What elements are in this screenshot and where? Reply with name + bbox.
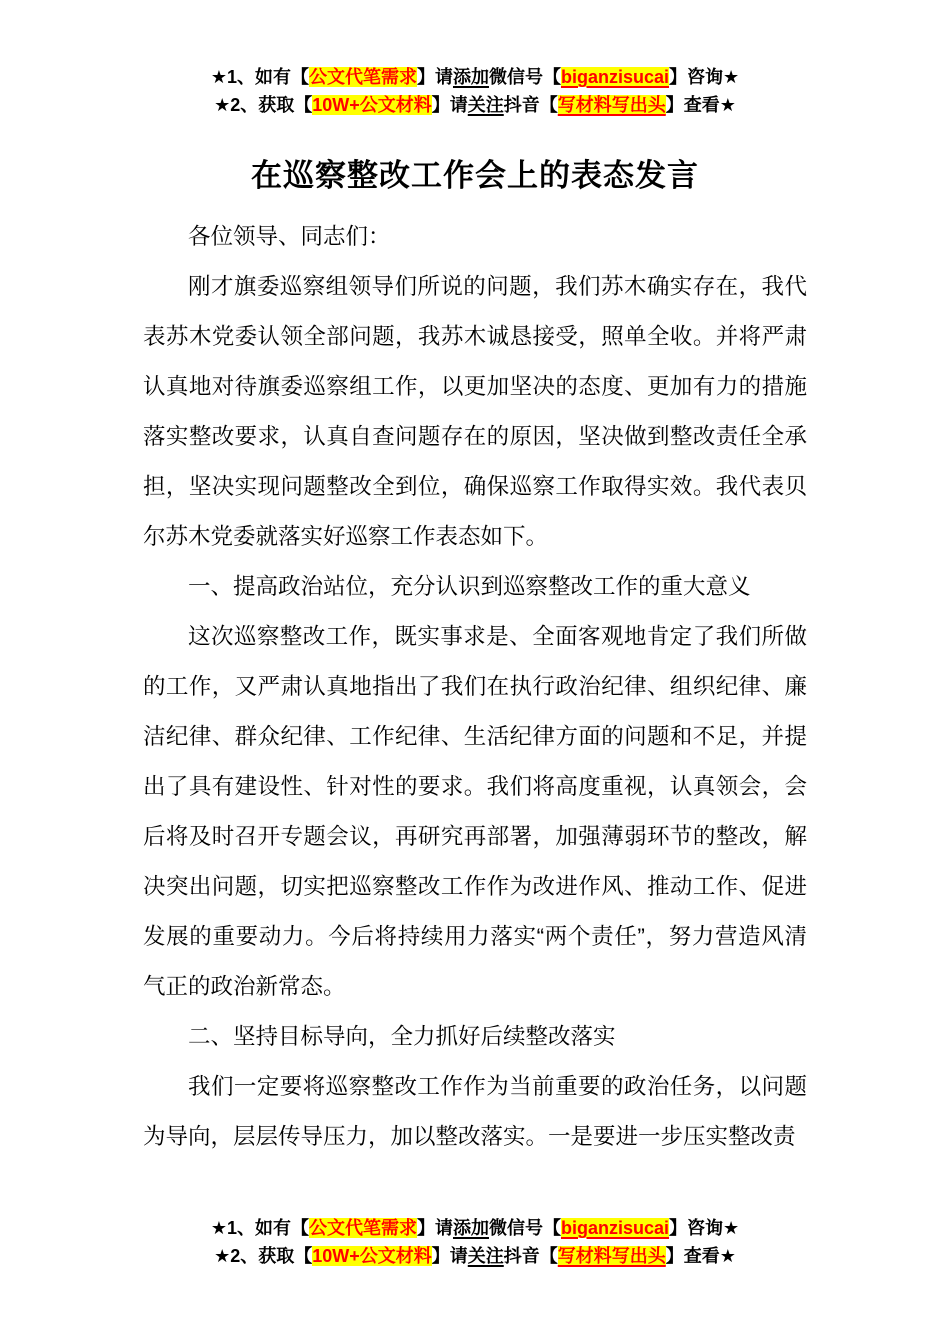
promo-text-underline: 添加 [453,67,489,87]
promo-header: ★1、如有【公文代笔需求】请添加微信号【biganzisucai】咨询★ ★2、… [0,63,950,119]
promo-text-plain: ★1、如有【 [211,1218,309,1238]
paragraph: 各位领导、同志们： [143,212,807,262]
paragraph: 刚才旗委巡察组领导们所说的问题，我们苏木确实存在，我代表苏木党委认领全部问题，我… [143,262,807,562]
section-heading: 一、提高政治站位，充分认识到巡察整改工作的重大意义 [143,562,807,612]
promo-text-plain: 抖音【 [504,1246,558,1266]
paragraph: 这次巡察整改工作，既实事求是、全面客观地肯定了我们所做的工作，又严肃认真地指出了… [143,612,807,1012]
promo-footer: ★1、如有【公文代笔需求】请添加微信号【biganzisucai】咨询★ ★2、… [0,1214,950,1270]
promo-header-line-1: ★1、如有【公文代笔需求】请添加微信号【biganzisucai】咨询★ [0,63,950,91]
promo-text-highlight-underline: biganzisucai [561,67,669,87]
promo-text-plain: 】请 [417,67,453,87]
promo-text-plain: 】请 [432,95,468,115]
promo-text-plain: 微信号【 [489,1218,561,1238]
document-title: 在巡察整改工作会上的表态发言 [0,150,950,195]
document-page: ★1、如有【公文代笔需求】请添加微信号【biganzisucai】咨询★ ★2、… [0,0,950,1344]
promo-text-plain: 】请 [417,1218,453,1238]
document-body: 各位领导、同志们：刚才旗委巡察组领导们所说的问题，我们苏木确实存在，我代表苏木党… [143,212,807,1162]
section-heading: 二、坚持目标导向，全力抓好后续整改落实 [143,1012,807,1062]
promo-text-highlight-underline: biganzisucai [561,1218,669,1238]
promo-text-plain: 】查看★ [666,1246,736,1266]
promo-text-highlight: 10W+公文材料 [312,1246,432,1266]
promo-text-highlight: 10W+公文材料 [312,95,432,115]
promo-text-highlight: 公文代笔需求 [309,1218,417,1238]
promo-text-highlight-underline: 写材料写出头 [558,95,666,115]
promo-text-underline: 关注 [468,1246,504,1266]
promo-text-underline: 关注 [468,95,504,115]
promo-text-plain: ★2、获取【 [214,1246,312,1266]
promo-text-highlight: 公文代笔需求 [309,67,417,87]
promo-text-plain: ★1、如有【 [211,67,309,87]
promo-text-plain: 抖音【 [504,95,558,115]
promo-text-plain: 微信号【 [489,67,561,87]
promo-header-line-2: ★2、获取【10W+公文材料】请关注抖音【写材料写出头】查看★ [0,91,950,119]
promo-text-plain: 】咨询★ [669,67,739,87]
promo-footer-line-1: ★1、如有【公文代笔需求】请添加微信号【biganzisucai】咨询★ [0,1214,950,1242]
promo-text-plain: 】咨询★ [669,1218,739,1238]
promo-text-plain: 】请 [432,1246,468,1266]
promo-text-plain: ★2、获取【 [214,95,312,115]
promo-footer-line-2: ★2、获取【10W+公文材料】请关注抖音【写材料写出头】查看★ [0,1242,950,1270]
promo-text-underline: 添加 [453,1218,489,1238]
paragraph: 我们一定要将巡察整改工作作为当前重要的政治任务，以问题为导向，层层传导压力，加以… [143,1062,807,1162]
promo-text-plain: 】查看★ [666,95,736,115]
promo-text-highlight-underline: 写材料写出头 [558,1246,666,1266]
